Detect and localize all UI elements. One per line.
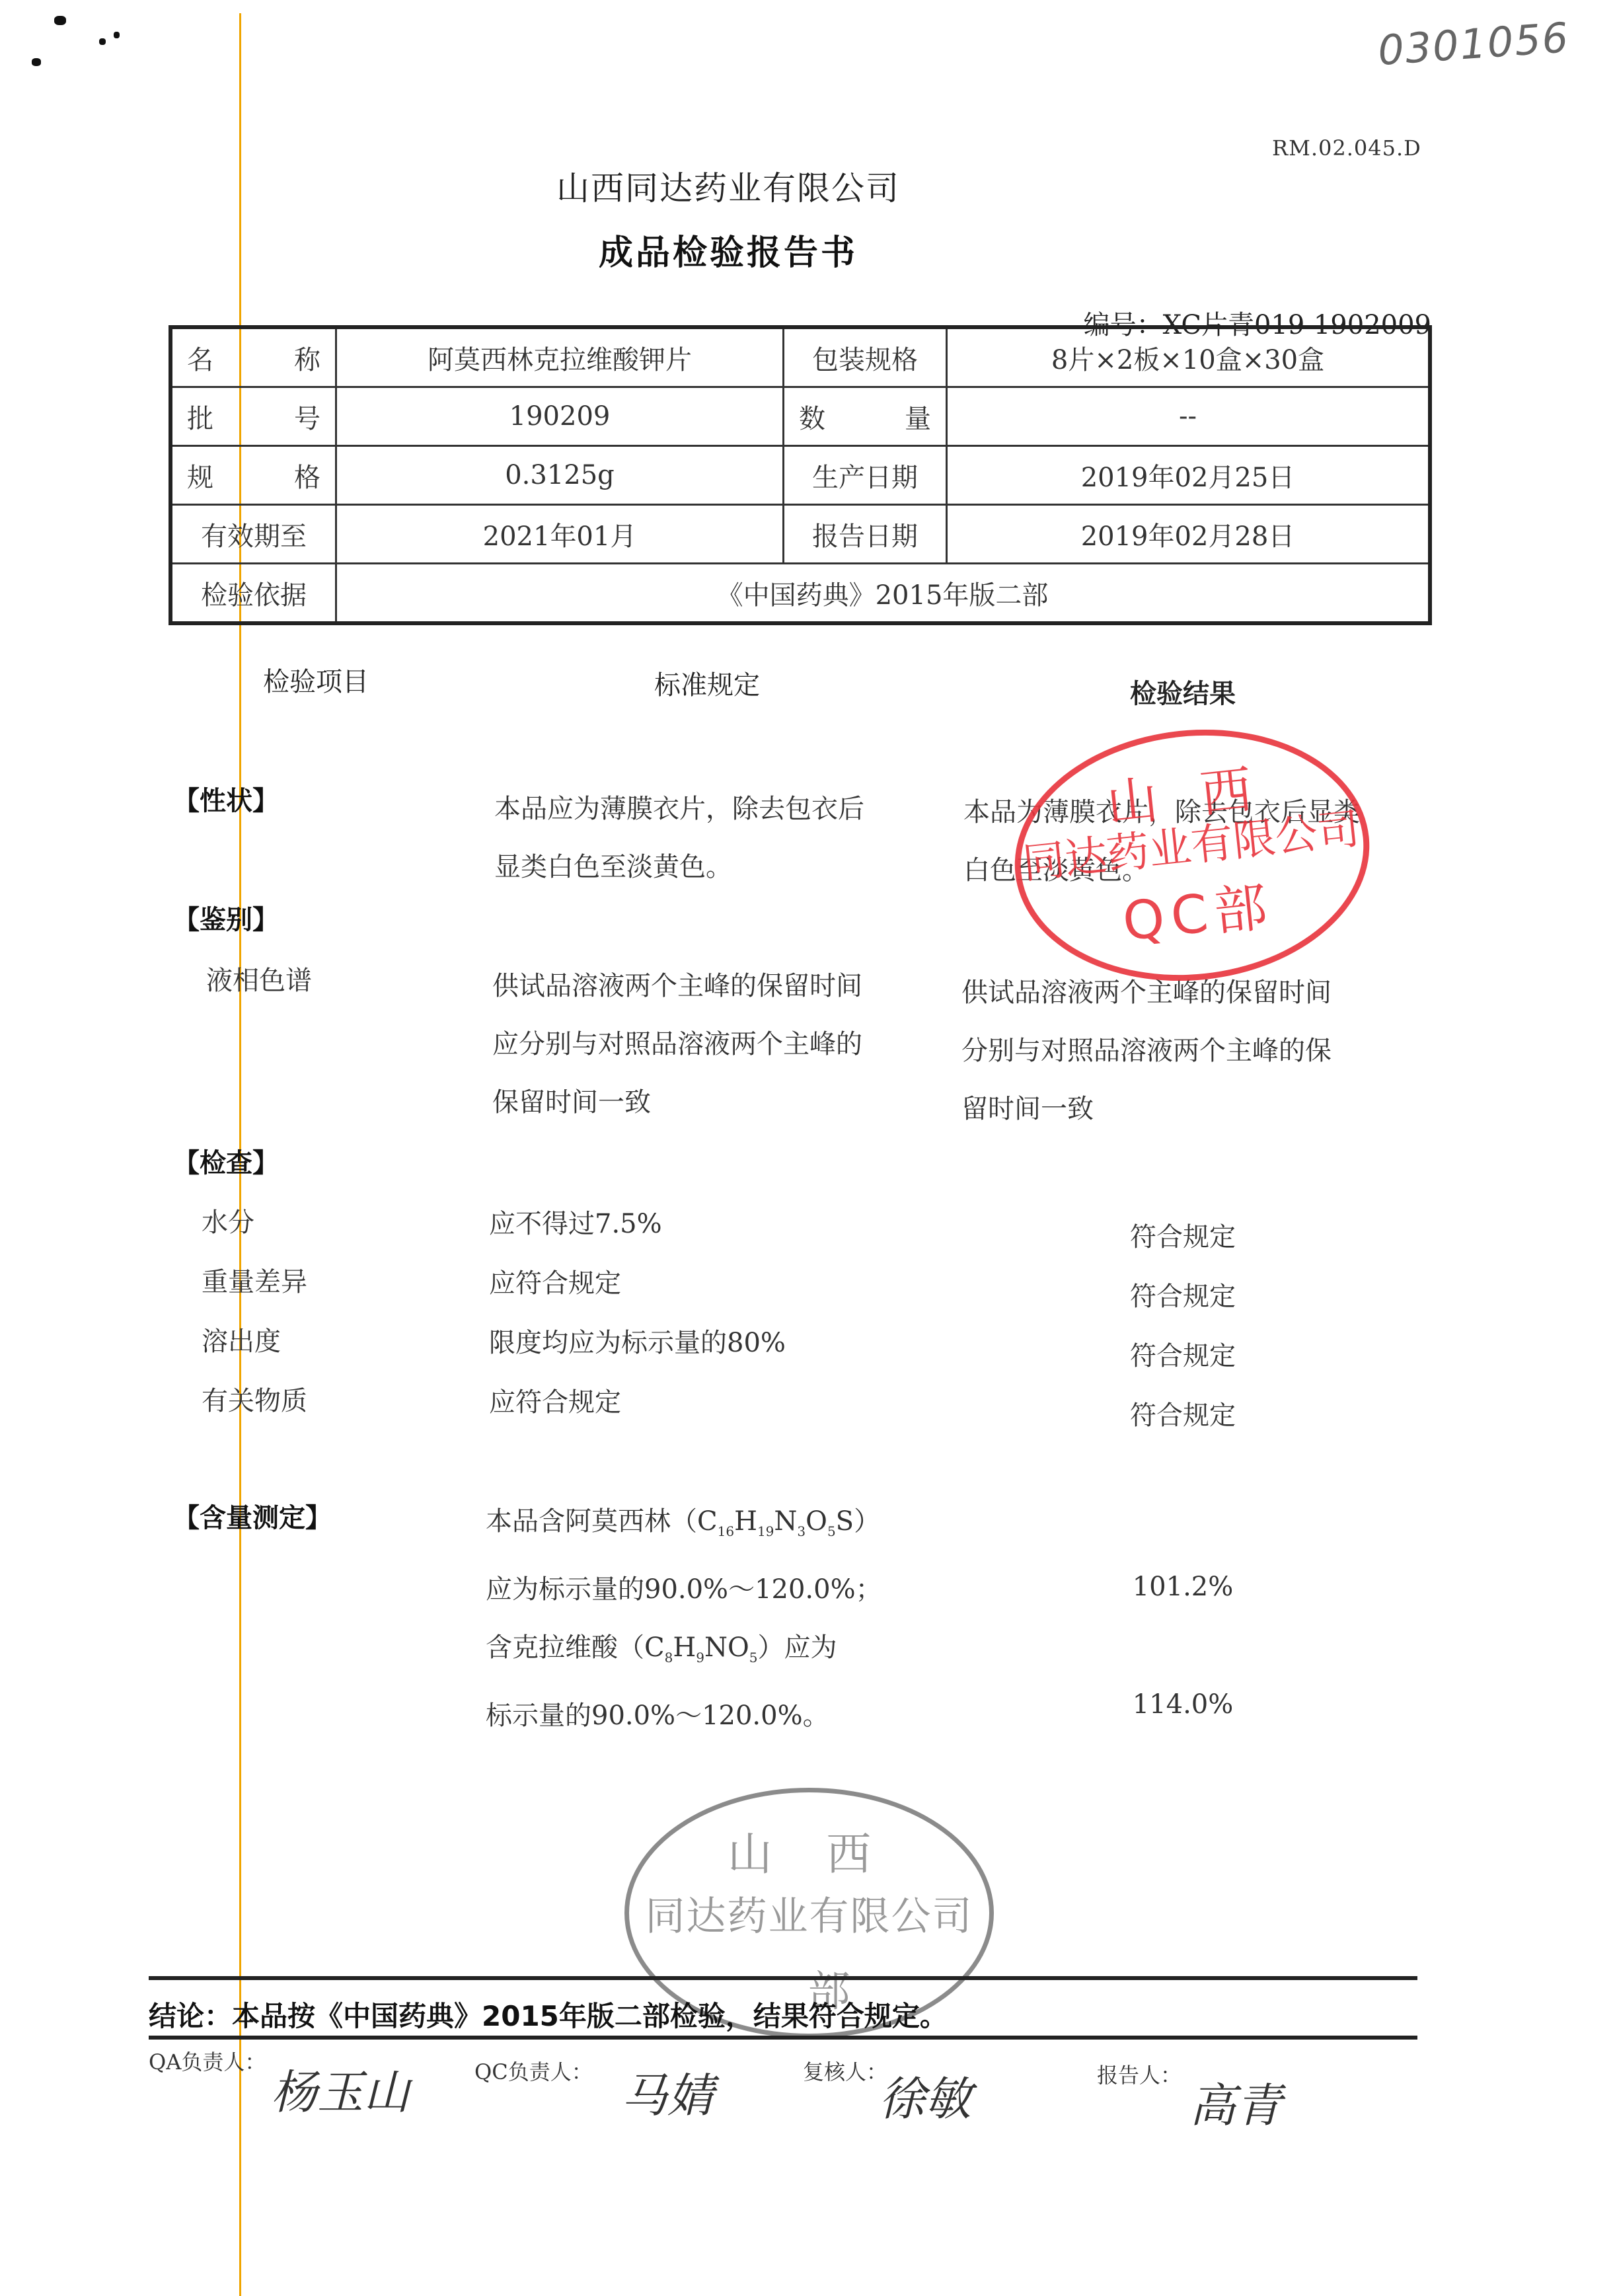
scan-speck [54,16,66,25]
stamp-line: 同达药业有限公司 [629,1885,989,1942]
inspection-item: 溶出度 [202,1320,281,1358]
label-char: 称 [294,339,320,377]
reviewer-signature: 徐敏 [879,2062,971,2129]
standard-line: 应为标示量的90.0%～120.0%； [486,1560,961,1619]
expiry-label: 有效期至 [170,505,336,564]
company-name: 山西同达药业有限公司 [0,162,1615,210]
section-appearance: 【性状】 [173,780,279,818]
label-char: 数 [799,398,825,436]
text: H [734,1506,757,1537]
scan-speck [99,38,106,45]
subscript: 5 [749,1650,758,1665]
scan-speck [114,32,120,38]
assay-result-clavulanic-acid: 114.0% [1084,1689,1282,1720]
inspection-result: 符合规定 [1084,1216,1282,1254]
label-char: 号 [294,398,320,436]
subscript: 3 [797,1523,806,1539]
assay-result-amoxicillin: 101.2% [1084,1572,1282,1602]
basis-value: 《中国药典》2015年版二部 [336,564,1431,624]
standard-line: 本品含阿莫西林（C16H19N3O5S） [486,1492,961,1560]
standard-line: 含克拉维酸（C8H9NO5）应为 [486,1619,961,1687]
identification-standard: 供试品溶液两个主峰的保留时间 应分别与对照品溶液两个主峰的 保留时间一致 [492,957,942,1131]
reporter-label: 报告人： [1097,2059,1182,2089]
text: O [806,1506,827,1537]
inspection-standard: 应符合规定 [489,1373,938,1432]
inspection-result: 符合规定 [1084,1395,1282,1432]
column-header-item: 检验项目 [263,661,369,699]
table-row: 规格 0.3125g 生产日期 2019年02月25日 [170,446,1430,505]
subscript: 5 [827,1523,836,1539]
subscript: 8 [665,1650,673,1665]
label-char: 量 [905,398,931,436]
quantity-value: -- [947,387,1431,446]
subscript: 9 [696,1650,704,1665]
standard-line: 保留时间一致 [492,1073,942,1131]
standard-line: 标示量的90.0%～120.0%。 [486,1687,961,1745]
package-value: 8片×2板×10盒×30盒 [947,327,1431,387]
identification-result: 供试品溶液两个主峰的保留时间 分别与对照品溶液两个主峰的保 留时间一致 [961,964,1332,1138]
reporter-signature: 高青 [1189,2069,1282,2135]
column-header-result: 检验结果 [1130,673,1236,710]
text: H [673,1632,696,1663]
inspection-result: 符合规定 [1084,1335,1282,1373]
divider-line [149,1976,1417,1980]
section-identification: 【鉴别】 [173,899,279,937]
appearance-standard: 本品应为薄膜衣片，除去包衣后 显类白色至淡黄色。 [494,780,944,896]
qc-manager-label: QC负责人： [474,2055,593,2086]
name-label: 名称 [170,327,336,387]
batch-label: 批号 [170,387,336,446]
subscript: 16 [718,1523,734,1539]
name-value: 阿莫西林克拉维酸钾片 [336,327,784,387]
inspection-item: 有关物质 [202,1380,307,1418]
report-date-value: 2019年02月28日 [947,505,1431,564]
section-inspection: 【检查】 [173,1142,279,1180]
standard-line: 应分别与对照品溶液两个主峰的 [492,1015,942,1073]
label-char: 规 [187,457,213,494]
label-char: 格 [294,457,320,494]
inspection-item: 重量差异 [202,1261,307,1299]
standard-line: 供试品溶液两个主峰的保留时间 [492,957,942,1015]
handwritten-number: 0301056 [1376,13,1571,75]
text: NO [704,1632,749,1663]
table-row: 名称 阿莫西林克拉维酸钾片 包装规格 8片×2板×10盒×30盒 [170,327,1430,387]
table-row: 批号 190209 数量 -- [170,387,1430,446]
label-char: 名 [187,339,213,377]
text: 含克拉维酸（C [486,1632,665,1663]
divider-line [149,2036,1417,2040]
text: S） [836,1506,880,1537]
text: N [774,1506,797,1537]
inspection-item: 水分 [202,1202,254,1239]
qa-manager-label: QA负责人： [149,2046,266,2076]
production-date-label: 生产日期 [784,446,947,505]
production-date-value: 2019年02月25日 [947,446,1431,505]
qc-stamp-red: 山 西 同达药业有限公司 QC部 [1002,712,1382,998]
text: ）应为 [758,1632,837,1663]
standard-line: 显类白色至淡黄色。 [494,838,944,896]
result-line: 分别与对照品溶液两个主峰的保 [961,1022,1332,1080]
spec-value: 0.3125g [336,446,784,505]
report-date-label: 报告日期 [784,505,947,564]
expiry-value: 2021年01月 [336,505,784,564]
label-char: 批 [187,398,213,436]
column-header-standard: 标准规定 [654,664,760,702]
section-assay: 【含量测定】 [173,1497,332,1535]
standard-line: 本品应为薄膜衣片，除去包衣后 [494,780,944,838]
inspection-standard: 限度均应为标示量的80% [489,1314,938,1372]
qa-manager-signature: 杨玉山 [271,2055,410,2122]
item-hplc: 液相色谱 [206,960,312,997]
qc-manager-signature: 马婧 [621,2059,714,2125]
package-label: 包装规格 [784,327,947,387]
inspection-result: 符合规定 [1084,1276,1282,1313]
conclusion: 结论：本品按《中国药典》2015年版二部检验，结果符合规定。 [149,1995,948,2034]
table-row: 检验依据 《中国药典》2015年版二部 [170,564,1430,624]
quantity-label: 数量 [784,387,947,446]
batch-value: 190209 [336,387,784,446]
reviewer-label: 复核人： [803,2055,887,2086]
spec-label: 规格 [170,446,336,505]
result-line: 留时间一致 [961,1080,1332,1138]
stamp-line: 山 西 [629,1819,989,1883]
basis-label: 检验依据 [170,564,336,624]
inspection-standard: 应符合规定 [489,1254,938,1313]
text: 本品含阿莫西林（C [486,1506,718,1537]
form-code: RM.02.045.D [1272,135,1421,161]
product-info-table: 名称 阿莫西林克拉维酸钾片 包装规格 8片×2板×10盒×30盒 批号 1902… [169,325,1432,625]
scan-speck [32,58,41,66]
report-title: 成品检验报告书 [0,225,1615,274]
inspection-standard: 应不得过7.5% [489,1195,938,1253]
table-row: 有效期至 2021年01月 报告日期 2019年02月28日 [170,505,1430,564]
subscript: 19 [757,1523,774,1539]
assay-standard: 本品含阿莫西林（C16H19N3O5S） 应为标示量的90.0%～120.0%；… [486,1492,961,1745]
